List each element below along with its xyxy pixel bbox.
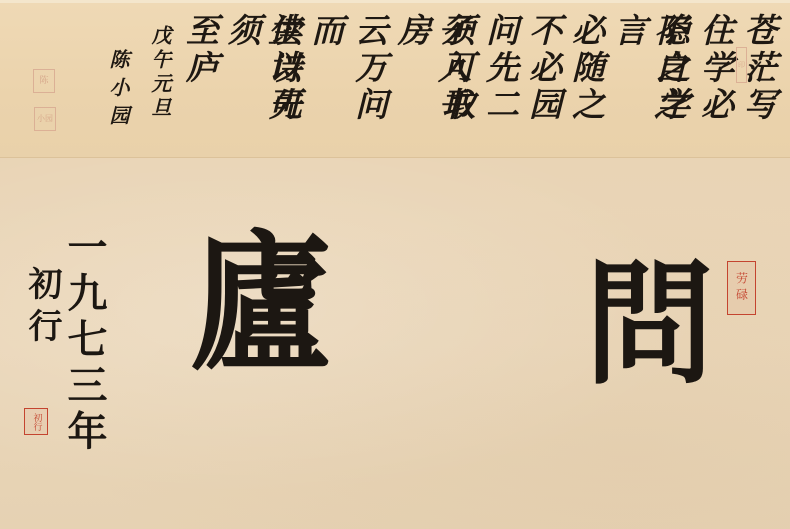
colophon-column: 生以可须: [222, 13, 302, 157]
inscription-signature: 初行: [22, 266, 62, 350]
colophon-column: 住学必: [695, 13, 735, 124]
colophon-column: 问先二: [480, 13, 520, 124]
colophon-column: 不自之言: [608, 13, 688, 157]
colophon-column: 至庐: [180, 13, 220, 87]
colophon-seal: 陈: [33, 69, 55, 93]
inscription-seal: 初行: [24, 408, 48, 435]
title-char-right: 問: [585, 256, 713, 391]
title-char-left: 廬: [190, 228, 333, 378]
colophon-column: 必随之: [566, 13, 606, 124]
colophon-seal: 小园: [34, 107, 56, 131]
colophon-band: 苍茫写 住学必 隐之学 不自之言 必随之 不必园 问先二 须可取 子入书房 云万…: [0, 0, 790, 157]
main-paper: 問 廬 一九七三年 初行 初行 劳碌: [0, 157, 790, 529]
colophon-column: 云万问: [349, 13, 389, 124]
colophon-column: 而: [305, 13, 345, 50]
colophon-column: 不必园: [523, 13, 563, 124]
colophon-seal: 印: [736, 47, 747, 83]
colophon-date: 戊午元旦: [140, 25, 180, 121]
inscription-date: 一九七三年: [62, 226, 106, 456]
colophon-column: 子入书房: [392, 13, 472, 157]
title-seal: 劳碌: [727, 261, 756, 315]
calligraphy-artwork: 苍茫写 住学必 隐之学 不自之言 必随之 不必园 问先二 须可取 子入书房 云万…: [0, 0, 790, 529]
colophon-signature: 陈小园: [98, 49, 138, 133]
